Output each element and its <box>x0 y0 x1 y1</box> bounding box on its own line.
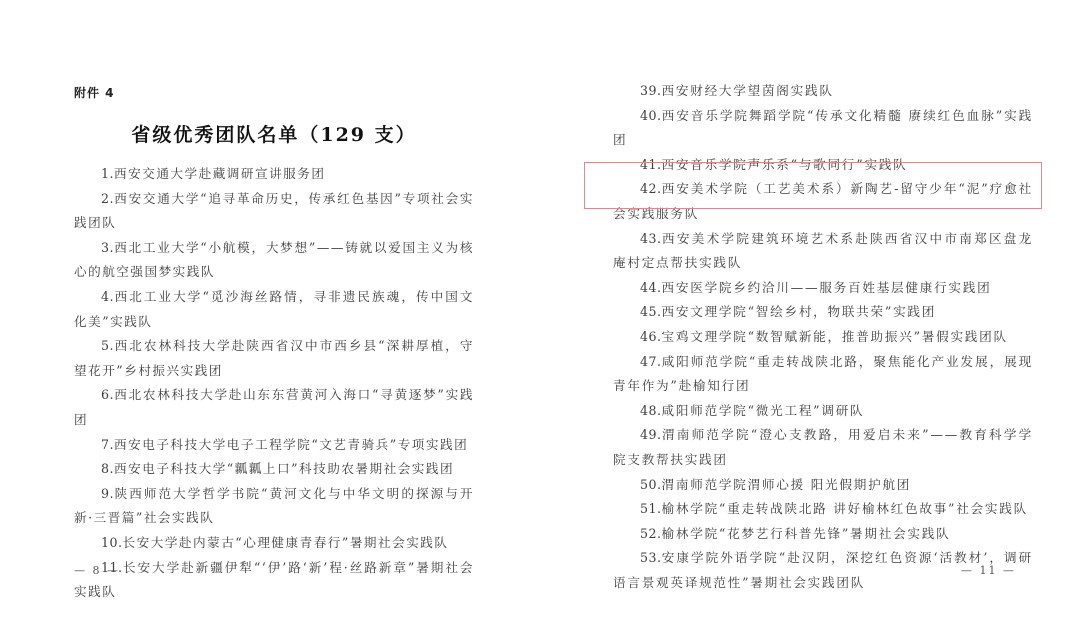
item-number: 41. <box>640 157 662 172</box>
team-list-right: 39.西安财经大学望茵阁实践队 40.西安音乐学院舞蹈学院“传承文化精髓 赓续红… <box>613 79 1033 595</box>
list-item: 9.陕西师范大学哲学书院“黄河文化与中华文明的探源与开新·三晋篇”社会实践队 <box>74 482 474 531</box>
list-item: 7.西安电子科技大学电子工程学院“文艺青骑兵”专项实践团 <box>74 433 474 458</box>
item-number: 47. <box>640 354 662 369</box>
item-text: 西安医学院乡约洽川——服务百姓基层健康行实践团 <box>662 280 992 295</box>
item-number: 49. <box>640 427 662 442</box>
item-text: 西安美术学院（工艺美术系）新陶艺-留守少年“泥”疗愈社会实践服务队 <box>613 181 1033 221</box>
item-number: 42. <box>640 181 662 196</box>
list-item: 49.渭南师范学院“澄心支教路，用爱启未来”——教育科学学院支教帮扶实践团 <box>613 423 1033 472</box>
item-text: 西北农林科技大学赴山东东营黄河入海口“寻黄逐梦”实践团 <box>74 387 474 427</box>
item-text: 榆林学院“花梦艺行科普先锋”暑期社会实践队 <box>662 526 951 541</box>
item-number: 52. <box>640 526 662 541</box>
item-number: 5. <box>101 338 114 353</box>
item-number: 45. <box>640 304 662 319</box>
list-item: 51.榆林学院“重走转战陕北路 讲好榆林红色故事”社会实践队 <box>613 497 1033 522</box>
item-text: 西安美术学院建筑环境艺术系赴陕西省汉中市南郑区盘龙庵村定点帮扶实践队 <box>613 231 1033 271</box>
item-number: 8. <box>101 461 114 476</box>
list-item: 2.西安交通大学“追寻革命历史，传承红色基因”专项社会实践团队 <box>74 187 474 236</box>
item-number: 53. <box>640 550 662 565</box>
item-text: 长安大学赴新疆伊犁“‘伊’路‘新’程·丝路新章”暑期社会实践队 <box>74 560 474 600</box>
list-item: 4.西北工业大学“觅沙海丝路情，寻非遗民族魂，传中国文化美”实践队 <box>74 285 474 334</box>
list-item: 6.西北农林科技大学赴山东东营黄河入海口“寻黄逐梦”实践团 <box>74 383 474 432</box>
item-number: 6. <box>101 387 114 402</box>
item-number: 4. <box>101 289 114 304</box>
list-item: 3.西北工业大学“小航模，大梦想”——铸就以爱国主义为核心的航空强国梦实践队 <box>74 236 474 285</box>
item-number: 44. <box>640 280 662 295</box>
item-text: 西北工业大学“觅沙海丝路情，寻非遗民族魂，传中国文化美”实践队 <box>74 289 474 329</box>
item-text: 宝鸡文理学院“数智赋新能，推普助振兴”暑假实践团队 <box>662 329 1008 344</box>
item-number: 43. <box>640 231 662 246</box>
list-item: 45.西安文理学院“智绘乡村，物联共荣”实践团 <box>613 300 1033 325</box>
item-number: 50. <box>640 477 662 492</box>
item-text: 西安电子科技大学电子工程学院“文艺青骑兵”专项实践团 <box>114 437 468 452</box>
team-list-left: 1.西安交通大学赴藏调研宣讲服务团 2.西安交通大学“追寻革命历史，传承红色基因… <box>74 162 474 605</box>
item-text: 长安大学赴内蒙古“心理健康青春行”暑期社会实践队 <box>123 535 449 550</box>
item-text: 西安音乐学院声乐系“与歌同行”实践队 <box>662 157 908 172</box>
list-item: 41.西安音乐学院声乐系“与歌同行”实践队 <box>613 153 1033 178</box>
list-item: 40.西安音乐学院舞蹈学院“传承文化精髓 赓续红色血脉”实践团 <box>613 104 1033 153</box>
item-number: 2. <box>101 191 114 206</box>
list-item: 8.西安电子科技大学“瓤瓤上口”科技助农暑期社会实践团 <box>74 457 474 482</box>
list-item: 52.榆林学院“花梦艺行科普先锋”暑期社会实践队 <box>613 522 1033 547</box>
list-item: 11.长安大学赴新疆伊犁“‘伊’路‘新’程·丝路新章”暑期社会实践队 <box>74 556 474 605</box>
list-item-highlighted: 42.西安美术学院（工艺美术系）新陶艺-留守少年“泥”疗愈社会实践服务队 <box>613 177 1033 226</box>
list-item: 1.西安交通大学赴藏调研宣讲服务团 <box>74 162 474 187</box>
list-item: 10.长安大学赴内蒙古“心理健康青春行”暑期社会实践队 <box>74 531 474 556</box>
item-text: 西安电子科技大学“瓤瓤上口”科技助农暑期社会实践团 <box>114 461 454 476</box>
item-number: 51. <box>640 501 662 516</box>
item-text: 西安音乐学院舞蹈学院“传承文化精髓 赓续红色血脉”实践团 <box>613 108 1033 148</box>
item-text: 咸阳师范学院“微光工程”调研队 <box>662 403 865 418</box>
item-number: 48. <box>640 403 662 418</box>
item-text: 渭南师范学院渭师心援 阳光假期护航团 <box>662 477 912 492</box>
item-number: 3. <box>101 240 114 255</box>
item-number: 7. <box>101 437 114 452</box>
list-item: 48.咸阳师范学院“微光工程”调研队 <box>613 399 1033 424</box>
document-page-11: 39.西安财经大学望茵阁实践队 40.西安音乐学院舞蹈学院“传承文化精髓 赓续红… <box>613 0 1033 636</box>
item-number: 40. <box>640 108 662 123</box>
page-title: 省级优秀团队名单（129 支） <box>74 120 474 147</box>
item-text: 陕西师范大学哲学书院“黄河文化与中华文明的探源与开新·三晋篇”社会实践队 <box>74 486 474 526</box>
item-number: 10. <box>101 535 123 550</box>
list-item: 39.西安财经大学望茵阁实践队 <box>613 79 1033 104</box>
item-text: 西安交通大学“追寻革命历史，传承红色基因”专项社会实践团队 <box>74 191 474 231</box>
list-item: 46.宝鸡文理学院“数智赋新能，推普助振兴”暑假实践团队 <box>613 325 1033 350</box>
item-number: 9. <box>101 486 114 501</box>
item-text: 榆林学院“重走转战陕北路 讲好榆林红色故事”社会实践队 <box>662 501 1028 516</box>
list-item: 44.西安医学院乡约洽川——服务百姓基层健康行实践团 <box>613 276 1033 301</box>
list-item: 50.渭南师范学院渭师心援 阳光假期护航团 <box>613 473 1033 498</box>
item-text: 西安文理学院“智绘乡村，物联共荣”实践团 <box>662 304 937 319</box>
item-number: 46. <box>640 329 662 344</box>
list-item: 5.西北农林科技大学赴陕西省汉中市西乡县“深耕厚植，守望花开”乡村振兴实践团 <box>74 334 474 383</box>
list-item: 43.西安美术学院建筑环境艺术系赴陕西省汉中市南郑区盘龙庵村定点帮扶实践队 <box>613 227 1033 276</box>
item-text: 渭南师范学院“澄心支教路，用爱启未来”——教育科学学院支教帮扶实践团 <box>613 427 1033 467</box>
list-item: 47.咸阳师范学院“重走转战陕北路，聚焦能化产业发展，展现青年作为”赴榆知行团 <box>613 350 1033 399</box>
item-text: 西北工业大学“小航模，大梦想”——铸就以爱国主义为核心的航空强国梦实践队 <box>74 240 474 280</box>
item-number: 1. <box>101 166 114 181</box>
item-text: 西安交通大学赴藏调研宣讲服务团 <box>114 166 325 181</box>
document-page-8: 附件 4 省级优秀团队名单（129 支） 1.西安交通大学赴藏调研宣讲服务团 2… <box>74 0 474 636</box>
item-text: 西北农林科技大学赴陕西省汉中市西乡县“深耕厚植，守望花开”乡村振兴实践团 <box>74 338 474 378</box>
item-text: 咸阳师范学院“重走转战陕北路，聚焦能化产业发展，展现青年作为”赴榆知行团 <box>613 354 1033 394</box>
attachment-label: 附件 4 <box>74 84 115 101</box>
page-number: — 11 — <box>961 564 1016 577</box>
item-number: 39. <box>640 83 662 98</box>
item-text: 西安财经大学望茵阁实践队 <box>662 83 834 98</box>
page-number: — 8 — <box>74 564 120 577</box>
